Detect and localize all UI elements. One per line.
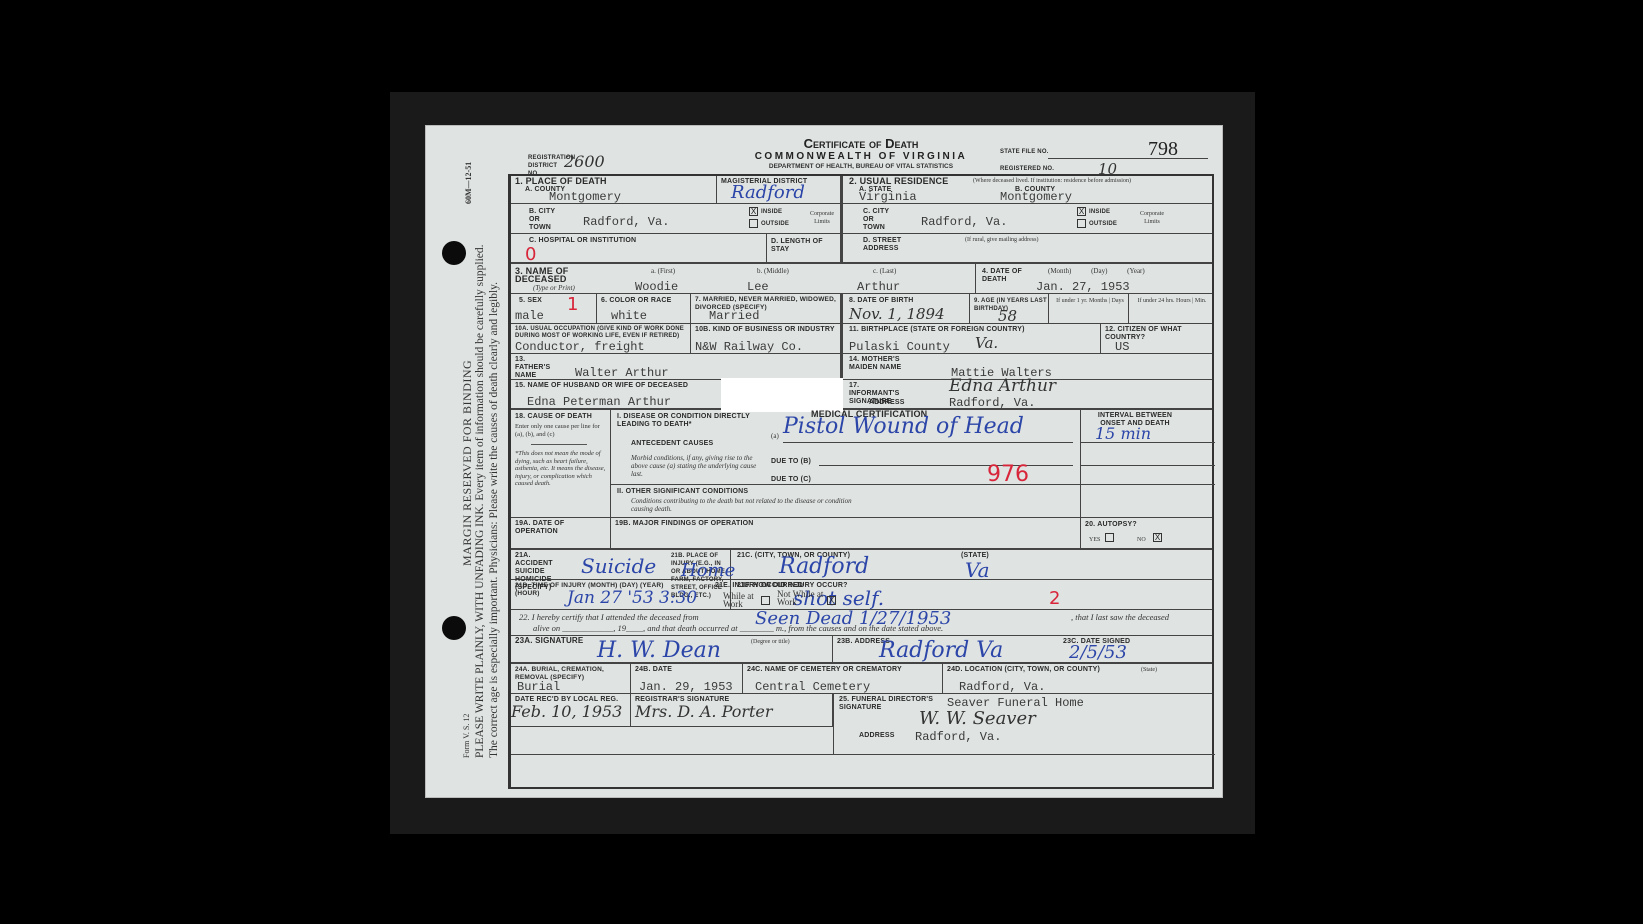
autopsy-no-checkbox[interactable]: X — [1153, 533, 1162, 542]
informant-signature: Edna Arthur — [949, 376, 1056, 396]
registrar-signature: Mrs. D. A. Porter — [635, 702, 773, 721]
injury-city: Radford — [779, 554, 869, 579]
medical-certification: 18. Cause of Death Enter only one cause … — [511, 410, 1212, 518]
row-attestation: 22. I hereby certify that I attended the… — [511, 610, 1212, 636]
middle-name: Lee — [747, 280, 769, 294]
row-parents: 13. Father's Name Walter Arthur 14. Moth… — [511, 354, 1212, 380]
interval: 15 min — [1095, 424, 1151, 443]
sex: male — [515, 309, 544, 323]
age: 58 — [998, 307, 1017, 325]
row-signature: 23a. Signature (Degree or title) H. W. D… — [511, 636, 1212, 664]
death-certificate: 60M—12-51 MARGIN RESERVED FOR BINDING PL… — [425, 125, 1223, 798]
residence-city: Radford, Va. — [921, 215, 1007, 229]
autopsy-yes-checkbox[interactable] — [1105, 533, 1114, 542]
date-of-death: Jan. 27, 1953 — [1036, 280, 1130, 294]
certificate-form: 1. Place of Death a. County Montgomery M… — [508, 174, 1214, 789]
row-occupation: 10a. Usual Occupation (Give kind of work… — [511, 324, 1212, 354]
row-spouse: 15. Name of Husband or Wife of Deceased … — [511, 380, 1212, 410]
state-file-value: 798 — [1148, 138, 1178, 161]
certificate-title: Certificate of Death — [508, 136, 1214, 151]
not-while-at-work-checkbox[interactable]: X — [827, 596, 836, 605]
citizenship: US — [1115, 340, 1129, 354]
date-of-birth: Nov. 1, 1894 — [849, 305, 945, 323]
race: white — [611, 309, 647, 323]
instruction-1: PLEASE WRITE PLAINLY, WITH UNFADING INK.… — [474, 245, 486, 759]
burial-date: Jan. 29, 1953 — [639, 680, 733, 694]
last-name: Arthur — [857, 280, 900, 294]
spouse-name: Edna Peterman Arthur — [527, 395, 671, 409]
punch-hole — [442, 616, 466, 640]
funeral-director-address: Radford, Va. — [915, 730, 1001, 744]
cause-a: Pistol Wound of Head — [783, 414, 1024, 439]
injury-state: Va — [965, 558, 990, 582]
binding-note: MARGIN RESERVED FOR BINDING — [460, 360, 475, 566]
row-injury-time: 21d. Time of Injury (Month) (Day) (Year)… — [511, 580, 1212, 610]
burial-type: Burial — [517, 680, 560, 694]
residence-outside-checkbox[interactable] — [1077, 219, 1086, 228]
registered-label: Registered No. — [1000, 165, 1054, 173]
date-signed: 2/5/53 — [1069, 642, 1127, 663]
death-city: Radford, Va. — [583, 215, 669, 229]
burial-location: Radford, Va. — [959, 680, 1045, 694]
state-file-label: State File No. — [1000, 148, 1049, 156]
usual-residence-label: 2. Usual Residence — [849, 177, 948, 185]
father-name: Walter Arthur — [575, 366, 669, 380]
while-at-work-checkbox[interactable] — [761, 596, 770, 605]
form-number: Form V. S. 12 — [462, 714, 471, 758]
binding-margin: 60M—12-51 MARGIN RESERVED FOR BINDING PL… — [426, 126, 506, 797]
row-hospital: c. Hospital or Institution 0 d. Length o… — [511, 234, 1212, 264]
date-received: Feb. 10, 1953 — [511, 702, 622, 721]
row-operation: 19a. Date of Operation 19b. Major Findin… — [511, 518, 1212, 550]
injury-place: Home — [681, 560, 735, 581]
form-code: 60M—12-51 — [464, 162, 473, 204]
physician-signature: H. W. Dean — [597, 638, 721, 663]
row-county: 1. Place of Death a. County Montgomery M… — [511, 176, 1212, 204]
inside-checkbox[interactable]: X — [749, 207, 758, 216]
birthplace: Pulaski County — [849, 340, 950, 354]
instruction-2: The correct age is especially important.… — [488, 282, 500, 758]
sex-mark: 1 — [567, 294, 578, 315]
residence-inside-checkbox[interactable]: X — [1077, 207, 1086, 216]
row-registrar: Date Rec'd by Local Reg. Feb. 10, 1953 R… — [511, 694, 1212, 791]
funeral-director-signature: W. W. Seaver — [919, 708, 1036, 729]
residence-state: Virginia — [859, 190, 917, 204]
hospital-mark: 0 — [525, 244, 536, 265]
death-county: Montgomery — [549, 190, 621, 204]
business: N&W Railway Co. — [695, 340, 803, 354]
informant-address: Radford, Va. — [949, 396, 1035, 410]
physician-address: Radford Va — [879, 638, 1003, 663]
cemetery: Central Cemetery — [755, 680, 870, 694]
punch-hole — [442, 241, 466, 265]
injury-type: Suicide — [581, 554, 656, 578]
outside-checkbox[interactable] — [749, 219, 758, 228]
registration-district-value: 2600 — [564, 152, 605, 171]
first-name: Woodie — [635, 280, 678, 294]
birthplace-state: Va. — [975, 334, 998, 352]
row-name: 3. Name of Deceased (Type or Print) a. (… — [511, 264, 1212, 294]
row-injury-type: 21a. Accident Suicide Homicide (Specify)… — [511, 550, 1212, 580]
place-of-death-label: 1. Place of Death — [515, 177, 607, 185]
row-city: b. City or Town Radford, Va. X Inside Ou… — [511, 204, 1212, 234]
row-sex-race: 5. Sex male 1 6. Color or Race white 7. … — [511, 294, 1212, 324]
occupation: Conductor, freight — [515, 340, 645, 354]
redaction-box — [721, 378, 843, 412]
marital-status: Married — [709, 309, 759, 323]
residence-county: Montgomery — [1000, 190, 1072, 204]
row-burial: 24a. Burial, Cremation, Removal (Specify… — [511, 664, 1212, 694]
injury-mark: 2 — [1049, 588, 1060, 609]
certificate-header: Certificate of Death Commonwealth of Vir… — [508, 132, 1214, 172]
magisterial-district: Radford — [731, 182, 805, 203]
